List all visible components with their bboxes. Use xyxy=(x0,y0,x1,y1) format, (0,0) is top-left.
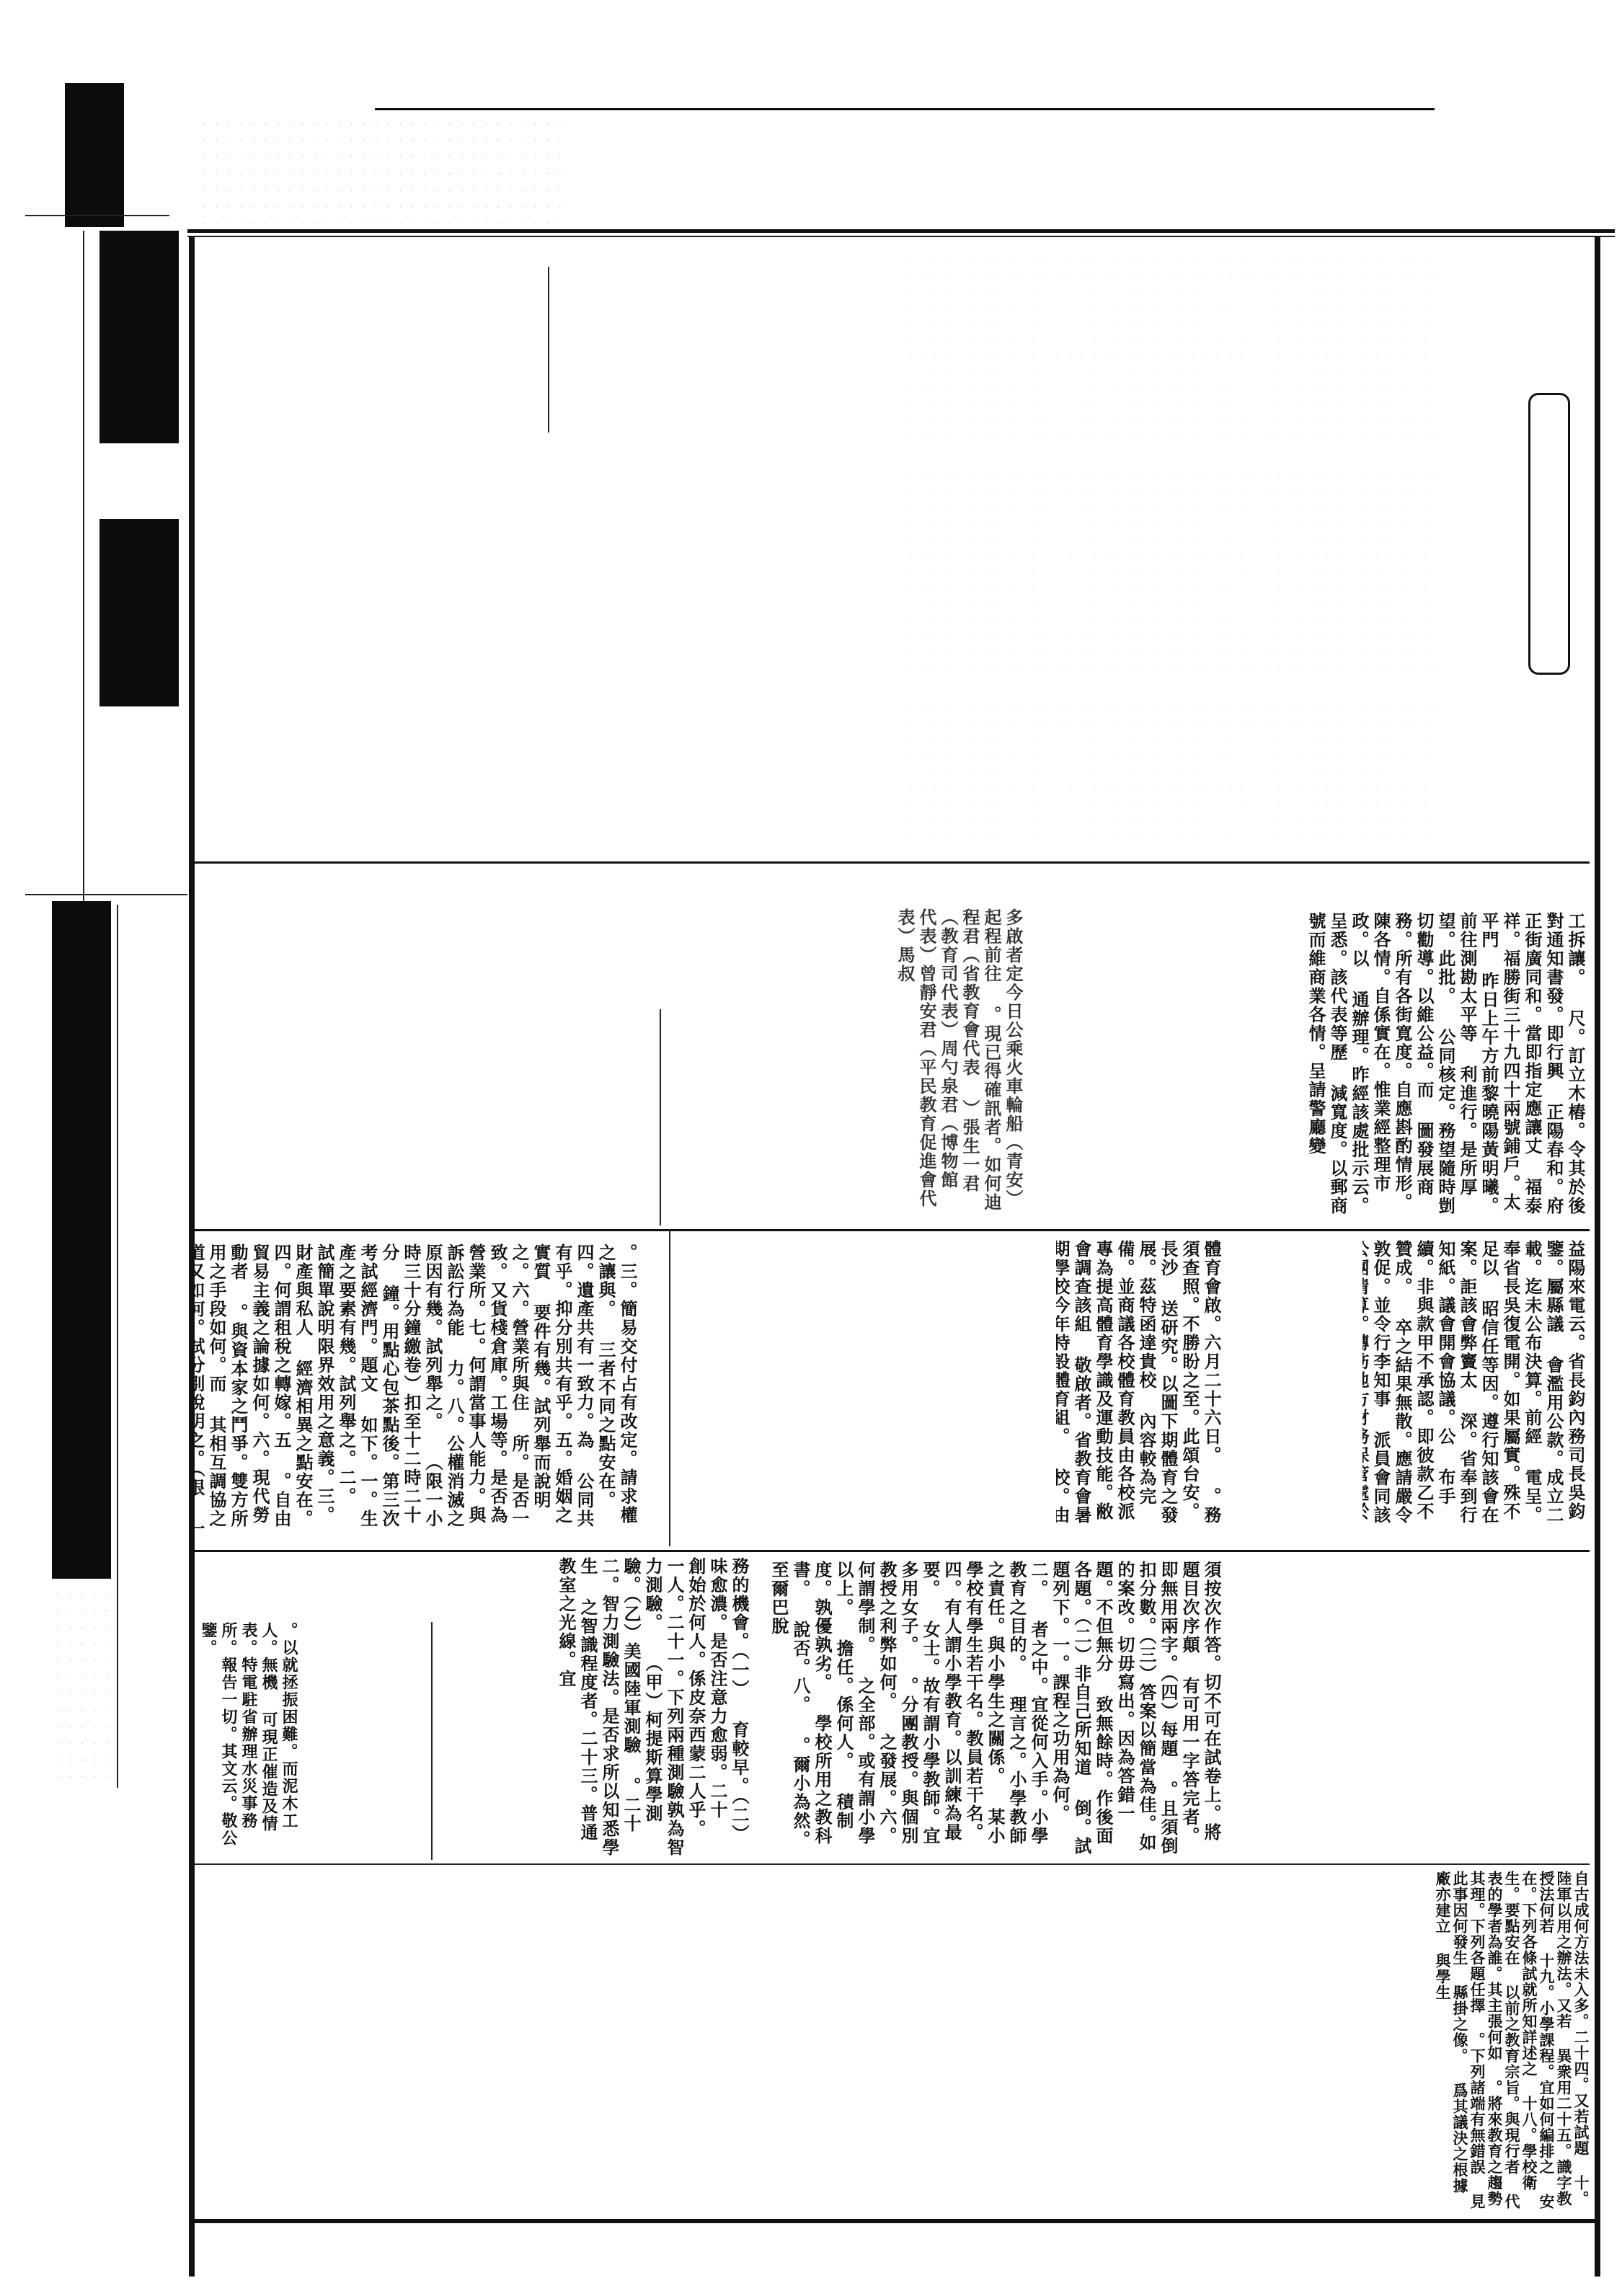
article-shuizai-body xyxy=(332,1622,389,1860)
body-line: 以前之教育宗旨。與現行者 xyxy=(1503,1985,1521,2175)
article-pingjiang-tag xyxy=(836,1463,861,1521)
huadong-ad-small-print xyxy=(52,1586,117,1788)
article-shifan-body xyxy=(1226,1561,1557,1860)
left-top-rule xyxy=(25,215,169,216)
row3-bottom-rule xyxy=(195,1550,1590,1552)
body-line: 工拆讓。 xyxy=(1565,912,1586,987)
frame-bottom-rule xyxy=(189,2219,1600,2223)
article-continued-names: 多啟者定今日公乘火車輪船（青安）起程前往 。現已得確訊者。如何迪程君（省教育會代… xyxy=(735,908,1024,1218)
shangzhi-dept-labels xyxy=(101,447,180,515)
names-line: 代表）曾靜安君（平民教育促進會代表）馬叔 xyxy=(895,908,937,1208)
article-tiyu-body xyxy=(1226,1244,1319,1539)
article-xupu-tag xyxy=(1027,1463,1052,1521)
article-pingjiang-body xyxy=(681,1262,829,1535)
row1-divider xyxy=(548,267,549,433)
article-last-day-body: 。三。簡易交付占有改定。請求權之讓與。 三者不同之點安在。四。遺產共有一致力。為… xyxy=(195,1244,638,1539)
article-shuizai-report: 。以就拯振困難。而泥木工人。無機 可現正催造及情表。特電駐省辦理水災事務 所。報… xyxy=(198,1622,299,1860)
row4-mid-rule xyxy=(195,1863,1590,1865)
article-misc-mid: 務的機會。（一） 育較早。（二） 味愈濃。是否注意力愈弱。二十 創始於何人。係皮… xyxy=(433,1557,750,1860)
left-mid-rule xyxy=(25,894,187,895)
row2-bottom-rule xyxy=(195,1229,1590,1231)
row2-divider-1 xyxy=(660,1009,661,1225)
body-line: 育較早。（二） xyxy=(729,1721,750,1843)
article-tiyu-tag xyxy=(1326,1471,1351,1528)
body-line: 務的機會。（一） xyxy=(729,1557,750,1698)
article-xupu-body xyxy=(869,1244,1013,1539)
body-line: 。爾小為然。 xyxy=(790,1737,811,1849)
body-line: 之智識程度者。二十三。普通教室之光線。宜 xyxy=(556,1557,598,1842)
body-line: 其理。下列各題任擇 xyxy=(1468,1871,1486,2013)
article-weiyuanhui-tag xyxy=(533,721,558,779)
article-yiyang-body xyxy=(674,1052,697,1218)
frame-right-rule xyxy=(1595,236,1600,2277)
body-line: 創始於何人。係皮奈西蒙二人乎。 xyxy=(686,1557,706,1838)
article-xupu-headline xyxy=(1016,1244,1051,1453)
masthead-rule xyxy=(375,108,1435,110)
article-shuizai-subheadline xyxy=(303,1636,333,1759)
left-ads-divider-2 xyxy=(117,905,118,1788)
body-line: 體育會啟。六月二十六日。 xyxy=(1201,1240,1222,1465)
article-pozijie-subheadline xyxy=(1453,252,1487,714)
article-xupu-prev-body: 體育會啟。六月二十六日。 。務須查照。不勝盼之至。此頌台安。長沙 送研究。以圖下… xyxy=(1056,1240,1222,1535)
huadong-ad-title xyxy=(52,901,111,1579)
article-continued-shangwu: 工拆讓。 尺。訂立木樁。令其於後對通知書發。即行興 正陽春和。府正街廣同和。當即… xyxy=(1125,912,1586,1222)
article-weiyuanhui-subheadline xyxy=(620,245,650,620)
article-jiaoyu-body xyxy=(1038,912,1067,1222)
banner-bottom-rule-2 xyxy=(187,236,1615,237)
body-line: 至爾巴脫 xyxy=(768,1561,789,1636)
body-line: 。將來教育之趨勢 xyxy=(1486,2080,1504,2207)
zhou-notice-body xyxy=(130,1481,180,1626)
body-line: 擔任。係何人。 xyxy=(833,1639,854,1770)
row1-bottom-rule xyxy=(195,861,1590,864)
article-shanghui-headline xyxy=(1081,260,1116,634)
article-pozijie-lede xyxy=(1485,613,1511,843)
body-line: 味愈濃。是否注意力愈弱。二十 xyxy=(707,1557,728,1819)
alumni-notice-title xyxy=(42,238,79,757)
article-last-day-heading xyxy=(642,1236,665,1453)
banner-bottom-rule xyxy=(187,229,1615,233)
body-line: 所。報告一切。其文云。敬公鑒。 xyxy=(199,1622,238,1847)
cough-ad-title xyxy=(65,83,124,227)
shangzhi-recruit xyxy=(99,519,179,706)
body-line: 。下列諸端有無錯誤 xyxy=(1468,2032,1486,2175)
article-tiyu-prev-body: 益陽來電云。省長鈞內務司長吳鈞鑒。屬縣議 會濫用公款。成立二載。迄未公布決算。前… xyxy=(1362,1240,1586,1535)
article-weiyuanhui-body xyxy=(198,260,523,851)
body-line: 廠亦建立 xyxy=(1434,1871,1452,1934)
body-line: 十九。小學課程。宜如何編排之 xyxy=(1538,1953,1556,2175)
body-line: 說否。八。 xyxy=(790,1621,811,1714)
shangzhi-body xyxy=(88,721,180,912)
article-shanghui-body xyxy=(533,249,1074,847)
zhou-notice-title xyxy=(121,905,179,1265)
huadong-ad-body xyxy=(20,905,49,1791)
body-line: 縣掛之像。 xyxy=(1451,1985,1469,2064)
frame-left-rule xyxy=(189,236,195,2277)
row3-divider xyxy=(669,1229,670,1546)
banner-branches xyxy=(1244,114,1362,134)
article-pozijie-tag xyxy=(1449,724,1475,775)
top-small-news xyxy=(198,115,566,223)
shangzhi-school-title xyxy=(99,231,179,443)
lower-dense-text: 自古成何方法未入多。二十四。又若試題 十。陸軍以用之辦法。又若 異衆用二十五。識… xyxy=(195,1871,1590,2213)
article-pingjiang-headline xyxy=(833,1244,867,1460)
article-shifan-headline xyxy=(1557,1561,1589,1741)
cough-ad-body xyxy=(13,85,63,222)
article-shifan-continued: 須按次作答。切不可在試卷上。將題目次序顛 有可用一字答完者。即無用兩字。（四）每… xyxy=(753,1561,1222,1860)
body-line: 與學生 xyxy=(1434,1953,1452,2000)
article-xuanyou-headline xyxy=(631,930,674,1233)
body-line: 自古成何方法未入多。二十四。又若試題 xyxy=(1572,1871,1590,2156)
section-tag-provincial-news xyxy=(1528,393,1570,675)
article-xuanyou-body xyxy=(570,916,627,1218)
article-jiaoyu-tag xyxy=(1071,1125,1095,1182)
body-line: 爲其議決之根據 xyxy=(1451,2083,1469,2194)
